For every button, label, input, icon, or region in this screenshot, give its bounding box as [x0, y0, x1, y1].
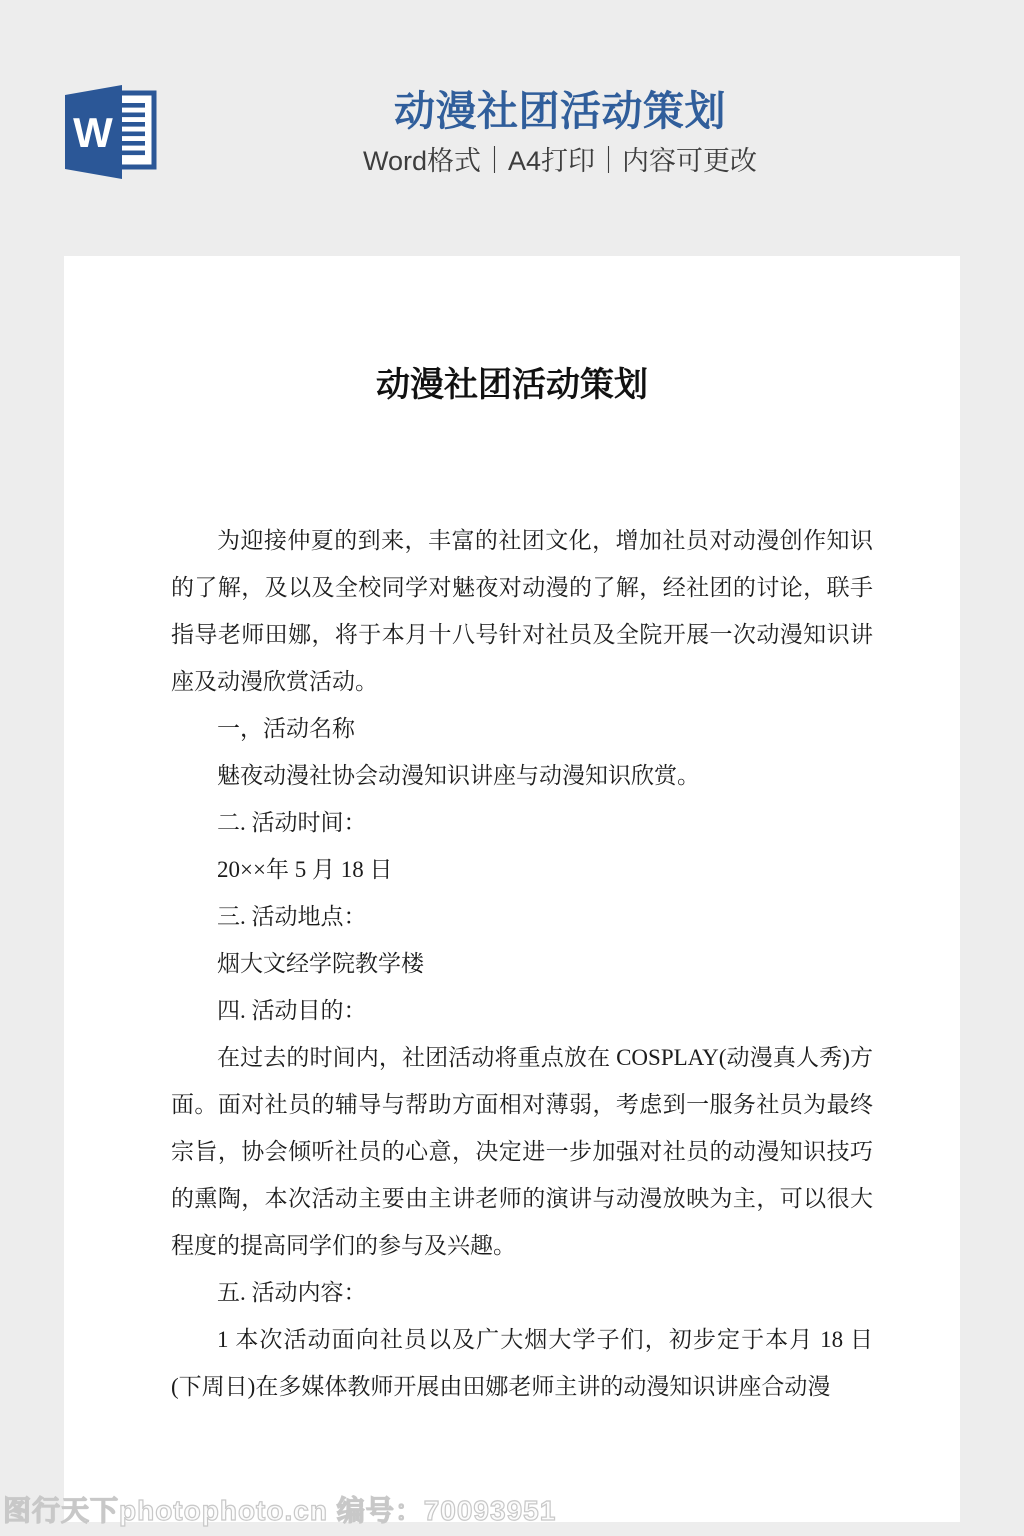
- document-paragraph: 在过去的时间内，社团活动将重点放在 COSPLAY(动漫真人秀)方面。面对社员的…: [171, 1034, 873, 1269]
- watermark-text: 图行天下photophoto.cn 编号：70093951: [3, 1489, 556, 1529]
- word-icon: W: [60, 82, 160, 182]
- document-paragraph: 魅夜动漫社协会动漫知识讲座与动漫知识欣赏。: [171, 752, 873, 799]
- document-paragraph: 二. 活动时间：: [171, 799, 873, 846]
- document-body: 为迎接仲夏的到来，丰富的社团文化，增加社员对动漫创作知识的了解，及以及全校同学对…: [171, 517, 873, 1410]
- svg-text:W: W: [73, 109, 113, 156]
- document-page: 动漫社团活动策划 为迎接仲夏的到来，丰富的社团文化，增加社员对动漫创作知识的了解…: [64, 256, 960, 1522]
- document-paragraph: 四. 活动目的：: [171, 987, 873, 1034]
- header-text: 动漫社团活动策划 Word格式｜A4打印｜内容可更改: [260, 86, 860, 177]
- header-title: 动漫社团活动策划: [260, 86, 860, 136]
- document-paragraph: 为迎接仲夏的到来，丰富的社团文化，增加社员对动漫创作知识的了解，及以及全校同学对…: [171, 517, 873, 705]
- document-paragraph: 20××年 5 月 18 日: [171, 846, 873, 893]
- document-paragraph: 三. 活动地点：: [171, 893, 873, 940]
- document-paragraph: 1 本次活动面向社员以及广大烟大学子们，初步定于本月 18 日(下周日)在多媒体…: [171, 1316, 873, 1410]
- canvas: W 动漫社团活动策划 Word格式｜A4打印｜内容可更改 动漫社团活动策划 为迎…: [0, 0, 1024, 1536]
- document-paragraph: 五. 活动内容：: [171, 1269, 873, 1316]
- document-title: 动漫社团活动策划: [64, 256, 960, 407]
- document-paragraph: 烟大文经学院教学楼: [171, 940, 873, 987]
- document-paragraph: 一，活动名称: [171, 705, 873, 752]
- header-subtitle: Word格式｜A4打印｜内容可更改: [260, 145, 860, 177]
